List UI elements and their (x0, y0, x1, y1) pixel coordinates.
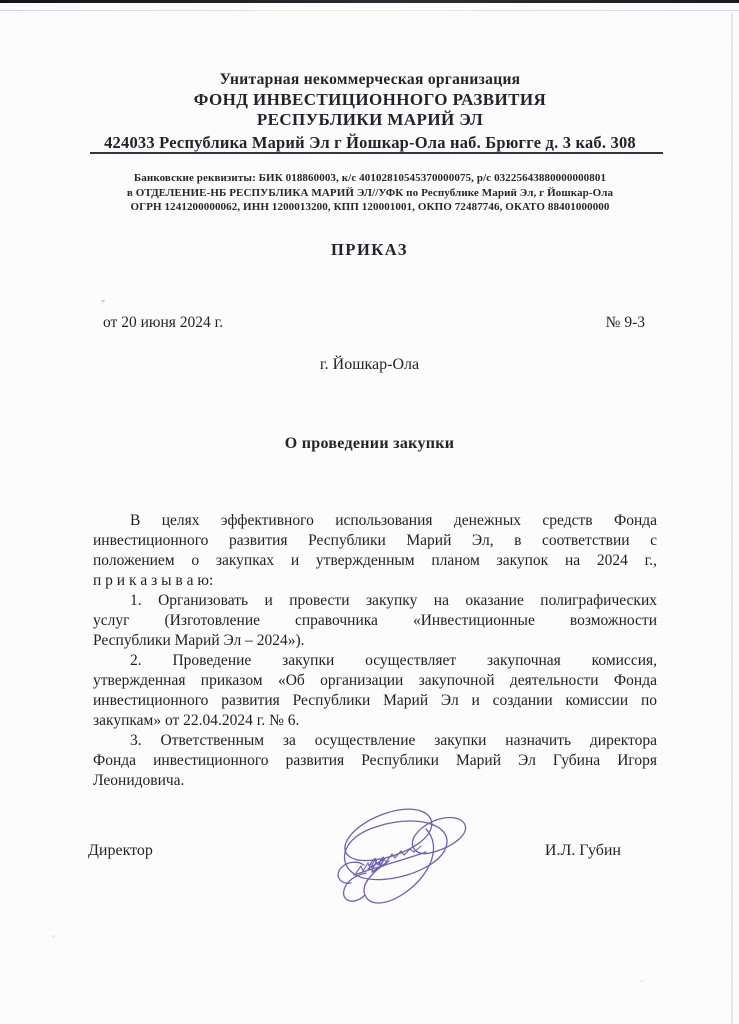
scanned-order-document: Унитарная некоммерческая организация ФОН… (0, 0, 739, 1024)
paragraph-line: инвестиционного развития Республики Мари… (93, 691, 657, 711)
paragraph-line: Республики Марий Эл – 2024»). (93, 631, 657, 651)
paragraph: 1. Организовать и провести закупку на ок… (93, 591, 657, 651)
bank-details-line: ОГРН 1241200000062, ИНН 1200013200, КПП … (40, 200, 700, 215)
paragraph-line: утвержденная приказом «Об организации за… (93, 671, 657, 691)
order-subject: О проведении закупки (0, 435, 739, 453)
signature-row: Директор И.Л. Губин (88, 842, 621, 860)
paragraph: 2. Проведение закупки осуществляет закуп… (93, 651, 657, 731)
paragraph-line: услуг (Изготовление справочника «Инвести… (93, 611, 657, 631)
order-date: от 20 июня 2024 г. (103, 314, 223, 332)
paragraph-line: 2. Проведение закупки осуществляет закуп… (93, 651, 657, 671)
scan-top-edge-artifact (0, 0, 739, 3)
org-name-line-1: ФОНД ИНВЕСТИЦИОННОГО РАЗВИТИЯ (30, 90, 710, 110)
paragraph-line: п р и к а з ы в а ю: (93, 571, 657, 591)
paragraph-line: Фонда инвестиционного развития Республик… (93, 751, 657, 771)
order-number: № 9-3 (606, 314, 645, 332)
letterhead: Унитарная некоммерческая организация ФОН… (30, 70, 710, 153)
paragraph-line: В целях эффективного использования денеж… (93, 511, 657, 531)
bank-details: Банковские реквизиты: БИК 018860003, к/с… (40, 171, 700, 215)
paragraph-line: положением о закупках и утвержденным пла… (93, 551, 657, 571)
order-city: г. Йошкар-Ола (0, 356, 739, 374)
bank-details-line: в ОТДЕЛЕНИЕ-НБ РЕСПУБЛИКА МАРИЙ ЭЛ//УФК … (40, 186, 700, 201)
date-number-row: от 20 июня 2024 г. № 9-3 (103, 314, 645, 332)
paragraph: 3. Ответственным за осуществление закупк… (93, 731, 657, 791)
org-address: 424033 Республика Марий Эл г Йошкар-Ола … (30, 133, 710, 153)
paragraph-line: 3. Ответственным за осуществление закупк… (93, 731, 657, 751)
scan-top-line-artifact (0, 10, 739, 11)
org-name-line-2: РЕСПУБЛИКИ МАРИЙ ЭЛ (30, 110, 710, 130)
paragraph-line: Леонидовича. (93, 771, 657, 791)
paragraph-line: закупкам» от 22.04.2024 г. № 6. (93, 711, 657, 731)
paragraph-line: инвестиционного развития Республики Мари… (93, 531, 657, 551)
letterhead-divider (90, 152, 663, 154)
document-type-title: ПРИКАЗ (0, 240, 739, 260)
paragraph-line: 1. Организовать и провести закупку на ок… (93, 591, 657, 611)
paragraph: В целях эффективного использования денеж… (93, 511, 657, 591)
scan-speck (640, 980, 643, 982)
order-body: В целях эффективного использования денеж… (93, 511, 657, 791)
bank-details-line: Банковские реквизиты: БИК 018860003, к/с… (40, 171, 700, 186)
scan-speck (52, 935, 55, 938)
signer-position: Директор (88, 842, 153, 860)
org-type-line: Унитарная некоммерческая организация (30, 70, 710, 90)
scan-right-edge-artifact (731, 13, 733, 1024)
scan-speck (101, 299, 105, 302)
signer-name: И.Л. Губин (545, 842, 621, 860)
